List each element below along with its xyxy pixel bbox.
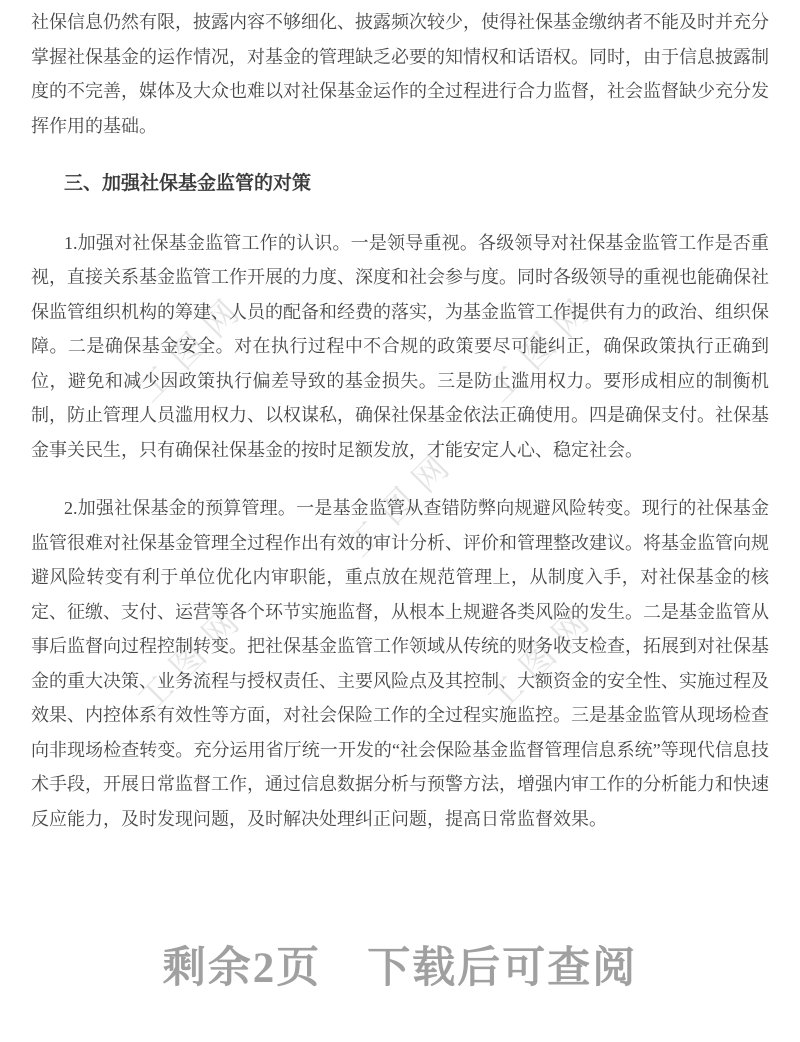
remaining-pages-text: 剩余2页 — [163, 934, 322, 995]
download-banner: 剩余2页 下载后可查阅 — [0, 934, 800, 995]
paragraph-point-2: 2.加强社保基金的预算管理。一是基金监管从查错防弊向规避风险转变。现行的社保基金… — [31, 491, 769, 836]
section-heading: 三、加强社保基金监管的对策 — [31, 167, 769, 202]
paragraph-point-1: 1.加强对社保基金监管工作的认识。一是领导重视。各级领导对社保基金监管工作是否重… — [31, 226, 769, 468]
download-hint-text: 下载后可查阅 — [367, 934, 637, 995]
document-content: 社保信息仍然有限，披露内容不够细化、披露频次较少，使得社保基金缴纳者不能及时并充… — [31, 5, 769, 836]
paragraph-intro: 社保信息仍然有限，披露内容不够细化、披露频次较少，使得社保基金缴纳者不能及时并充… — [31, 5, 769, 143]
document-page: 工图网工图网工图网工图网工图网 社保信息仍然有限，披露内容不够细化、披露频次较少… — [0, 0, 800, 1042]
